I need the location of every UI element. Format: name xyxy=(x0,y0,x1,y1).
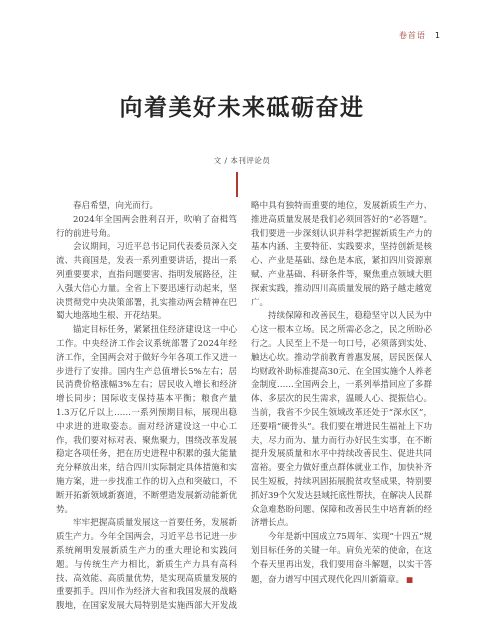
paragraph: 春启希望，向光而行。 xyxy=(56,200,237,214)
paragraph: 锚定目标任务，紧紧扭住经济建设这一中心工作。中央经济工作会议系统部署了2024年… xyxy=(56,324,237,517)
paragraph: 2024年全国两会胜利召开，吹响了奋楫笃行的前进号角。 xyxy=(56,214,237,242)
article-end-mark: ■ xyxy=(406,575,413,584)
article-title: 向着美好未来砥砺奋进 xyxy=(0,93,484,123)
paragraph: 今年是新中国成立75周年、实现“十四五”规划目标任务的关键一年。肩负光荣的使命，… xyxy=(251,531,432,587)
section-label: 卷首语 xyxy=(399,31,426,40)
article-body: 春启希望，向光而行。 2024年全国两会胜利召开，吹响了奋楫笃行的前进号角。 会… xyxy=(56,200,432,620)
paragraph-text: 今年是新中国成立75周年、实现“十四五”规划目标任务的关键一年。肩负光荣的使命，… xyxy=(251,532,432,584)
column-accent-line xyxy=(236,172,238,197)
page-number: 1 xyxy=(435,31,440,40)
page-header: 卷首语1 xyxy=(399,31,440,41)
byline: 文 / 本刊评论员 xyxy=(0,155,484,166)
magazine-page: 卷首语1 向着美好未来砥砺奋进 文 / 本刊评论员 春启希望，向光而行。 202… xyxy=(0,0,484,640)
paragraph: 会议期间，习近平总书记同代表委员深入交流、共商国是，发表一系列重要讲话，提出一系… xyxy=(56,241,237,324)
paragraph: 持续保障和改善民生，稳稳坚守以人民为中心这一根本立场。民之所需必念之，民之所盼必… xyxy=(251,310,432,531)
